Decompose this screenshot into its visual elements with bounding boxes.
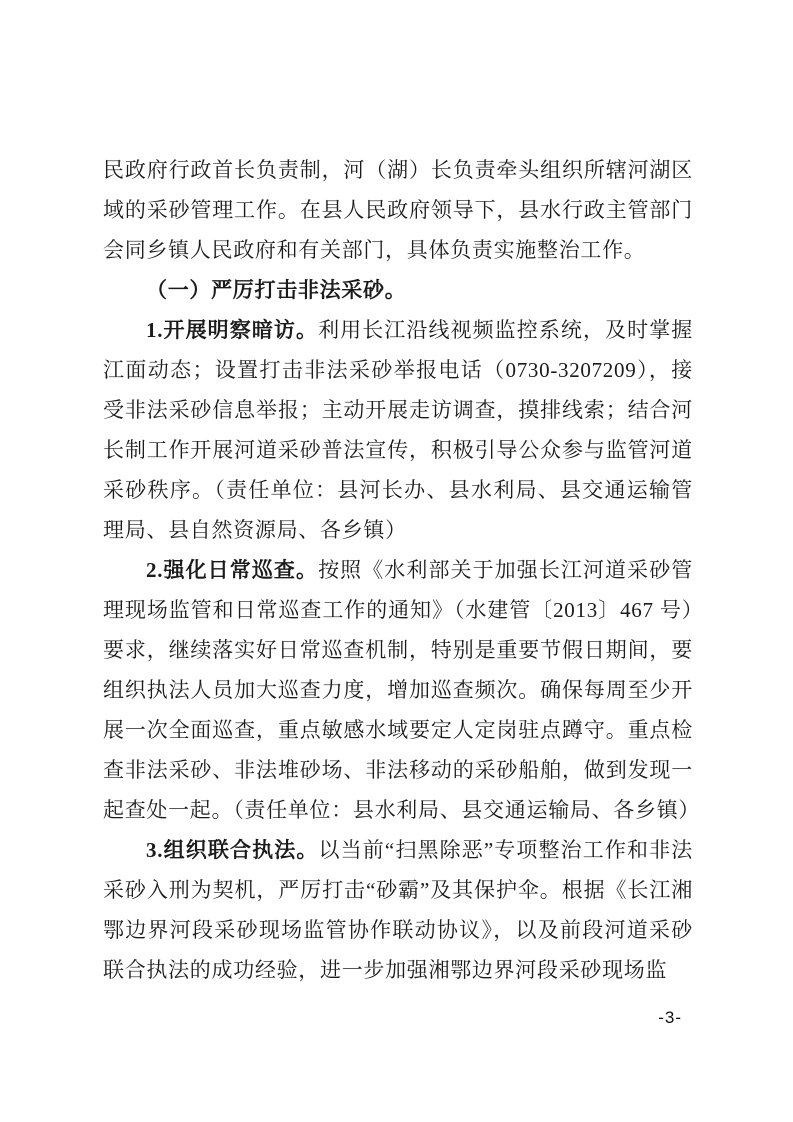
document-page: 民政府行政首长负责制，河（湖）长负责牵头组织所辖河湖区域的采砂管理工作。在县人民…: [0, 0, 793, 1122]
paragraph-text: 民政府行政首长负责制，河（湖）长负责牵头组织所辖河湖区域的采砂管理工作。在县人民…: [103, 158, 693, 262]
paragraph: 1.开展明察暗访。利用长江沿线视频监控系统，及时掌握江面动态；设置打击非法采砂举…: [103, 310, 693, 550]
document-body: 民政府行政首长负责制，河（湖）长负责牵头组织所辖河湖区域的采砂管理工作。在县人民…: [103, 150, 693, 990]
paragraph: 2.强化日常巡查。按照《水利部关于加强长江河道采砂管理现场监管和日常巡查工作的通…: [103, 550, 693, 830]
paragraph: 民政府行政首长负责制，河（湖）长负责牵头组织所辖河湖区域的采砂管理工作。在县人民…: [103, 150, 693, 270]
paragraph-lead: 2.强化日常巡查。: [146, 558, 318, 582]
paragraph-lead: （一）严厉打击非法采砂。: [146, 278, 406, 302]
paragraph-lead: 1.开展明察暗访。: [146, 318, 318, 342]
page-number: -3-: [658, 1008, 682, 1028]
paragraph: 3.组织联合执法。以当前“扫黑除恶”专项整治工作和非法采砂入刑为契机，严厉打击“…: [103, 830, 693, 990]
paragraph-text: 按照《水利部关于加强长江河道采砂管理现场监管和日常巡查工作的通知》（水建管〔20…: [103, 558, 700, 822]
paragraph-text: 利用长江沿线视频监控系统，及时掌握江面动态；设置打击非法采砂举报电话（0730-…: [103, 318, 693, 542]
paragraph-lead: 3.组织联合执法。: [146, 838, 318, 862]
section-heading: （一）严厉打击非法采砂。: [103, 270, 693, 310]
